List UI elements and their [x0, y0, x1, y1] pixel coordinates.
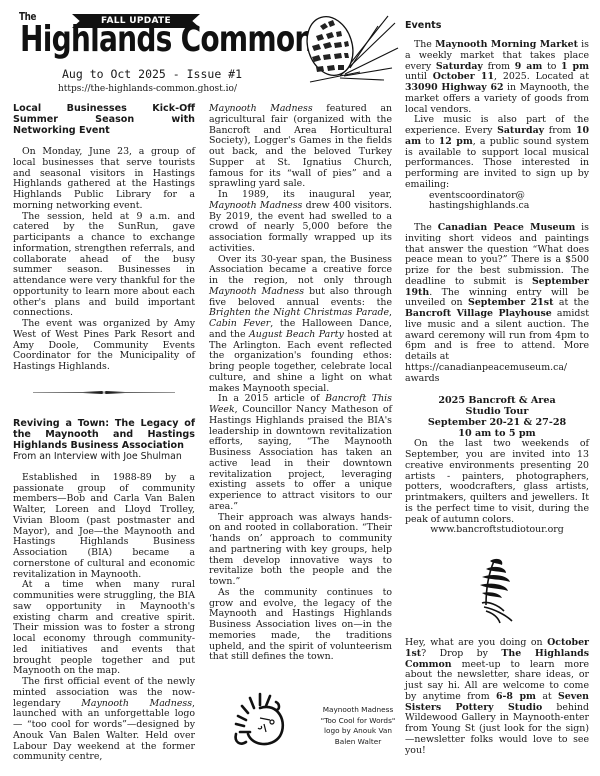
event-studio-tour: 2025 Bancroft & Area Studio Tour Septemb… — [405, 395, 589, 536]
paragraph: As the community continues to grow and e… — [209, 588, 392, 663]
paragraph: At a time when many rural communities we… — [13, 580, 195, 677]
headline-reviving-2: the Maynooth and Hastings — [13, 429, 195, 440]
website-url[interactable]: https://the-highlands-common.ghost.io/ — [58, 84, 237, 94]
headline-kickoff-2: Summer Season with — [13, 114, 195, 125]
event-peace-museum: The Canadian Peace Museum is inviting sh… — [405, 223, 589, 363]
headline-kickoff-1: Local Businesses Kick-Off — [13, 103, 195, 114]
paragraph: Established in 1988-89 by a passionate g… — [13, 473, 195, 581]
column-middle: Maynooth Madness featured an agricultura… — [209, 104, 392, 663]
maynooth-madness-logo-icon — [230, 688, 290, 750]
column-left: Local Businesses Kick-Off Summer Season … — [13, 103, 195, 763]
byline: From an Interview with Joe Shulman — [13, 451, 195, 462]
maynooth-madness-logo-figure: Maynooth Madness "Too Cool for Words" lo… — [230, 688, 390, 753]
article-business-kickoff: Local Businesses Kick-Off Summer Season … — [13, 103, 195, 373]
paragraph: Their approach was always hands-on and r… — [209, 513, 392, 588]
section-divider — [13, 387, 195, 398]
email-link[interactable]: eventscoordinator@hastingshighlands.ca — [405, 191, 589, 213]
paragraph: Over its 30-year span, the Business Asso… — [209, 255, 392, 395]
paragraph: On Monday, June 23, a group of local bus… — [13, 147, 195, 212]
pinecone-icon — [300, 8, 400, 88]
headline-reviving-3: Highlands Business Association — [13, 440, 195, 451]
event-morning-market: The Maynooth Morning Market is a weekly … — [405, 40, 589, 115]
column-right-events: Events The Maynooth Morning Market is a … — [405, 20, 589, 536]
paragraph: The first official event of the newly mi… — [13, 677, 195, 763]
paragraph: In 1989, its inaugural year, Maynooth Ma… — [209, 190, 392, 255]
paragraph: The event was organized by Amy West of W… — [13, 319, 195, 373]
headline-reviving-1: Reviving a Town: The Legacy of — [13, 418, 195, 429]
article-reviving-a-town: Reviving a Town: The Legacy of the Mayno… — [13, 418, 195, 763]
masthead: The FALL UPDATE Highlands Common Aug to … — [14, 4, 284, 96]
issue-line: Aug to Oct 2025 - Issue #1 — [62, 67, 242, 81]
headline-kickoff-3: Networking Event — [13, 125, 195, 136]
newsletter-title: Highlands Common — [20, 22, 314, 58]
logo-caption: Maynooth Madness "Too Cool for Words" lo… — [308, 705, 408, 747]
studio-tour-link[interactable]: www.bancroftstudiotour.org — [405, 525, 589, 536]
paragraph: Maynooth Madness featured an agricultura… — [209, 104, 392, 190]
events-heading: Events — [405, 20, 589, 31]
paragraph: In a 2015 article of Bancroft This Week,… — [209, 394, 392, 512]
paragraph: The session, held at 9 a.m. and catered … — [13, 212, 195, 320]
peace-museum-link[interactable]: https://canadianpeacemuseum.ca/awards — [405, 363, 589, 385]
event-meetup: Hey, what are you doing on October 1st? … — [405, 638, 589, 756]
pine-tree-icon — [472, 555, 522, 625]
event-live-music: Live music is also part of the experienc… — [405, 115, 589, 190]
